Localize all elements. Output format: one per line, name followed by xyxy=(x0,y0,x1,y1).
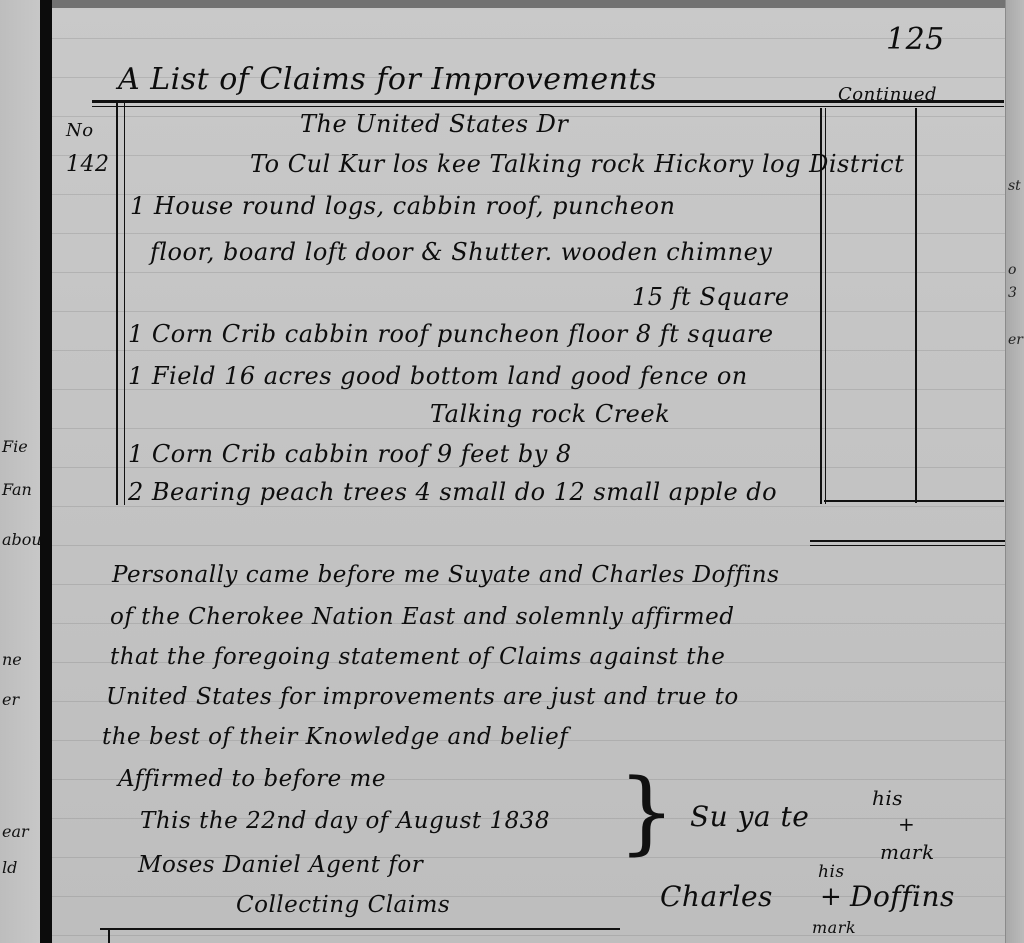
ledger-item: 1 House round logs, cabbin roof, puncheo… xyxy=(130,192,675,220)
signature-mark-label: mark xyxy=(880,840,935,864)
right-page-fragment: o xyxy=(1008,262,1016,278)
affidavit-line: Personally came before me Suyate and Cha… xyxy=(112,562,779,588)
ledger-page xyxy=(52,0,1007,943)
signature-suyate: Su ya te xyxy=(690,800,809,833)
left-page-fragment: er xyxy=(2,690,19,709)
claim-number: 142 xyxy=(66,152,110,177)
ledger-item: 1 Corn Crib cabbin roof 9 feet by 8 xyxy=(128,440,572,468)
left-page-fragment: Fan xyxy=(2,480,32,499)
attestation-line: This the 22nd day of August 1838 xyxy=(140,808,550,834)
right-page-fragment: 3 xyxy=(1008,285,1017,301)
ledger-item: 1 Field 16 acres good bottom land good f… xyxy=(128,362,748,390)
signature-doffins: Doffins xyxy=(850,880,955,913)
left-page-fragment: Fie xyxy=(2,437,28,456)
margin-number-label: No xyxy=(66,120,94,141)
mark-cross-icon: + xyxy=(820,882,842,912)
signature-his-label: his xyxy=(818,862,845,882)
page-number: 125 xyxy=(886,22,945,57)
header-rule xyxy=(92,100,1004,107)
adjacent-left-page: Fie Fan about ne er ear ld xyxy=(0,0,42,943)
table-left-border xyxy=(116,103,118,505)
page-top-shadow xyxy=(52,0,1007,8)
affidavit-line: United States for improvements are just … xyxy=(106,684,739,710)
mark-cross-icon: + xyxy=(898,812,915,836)
signature-charles: Charles xyxy=(660,880,773,913)
left-page-fragment: ear xyxy=(2,822,29,841)
section-rule xyxy=(810,540,1005,542)
table-bottom-rule xyxy=(824,500,1004,502)
right-page-fragment: st xyxy=(1008,178,1021,194)
adjacent-right-page: st o 3 er xyxy=(1005,0,1024,943)
left-page-fragment: ne xyxy=(2,650,22,669)
left-page-fragment: ld xyxy=(2,858,17,877)
ledger-heading: The United States Dr xyxy=(300,110,568,138)
attestation-line: Moses Daniel Agent for xyxy=(138,852,423,878)
page-title: A List of Claims for Improvements xyxy=(118,62,657,97)
right-page-fragment: er xyxy=(1008,332,1023,348)
signature-his-label: his xyxy=(872,786,903,810)
affidavit-line: of the Cherokee Nation East and solemnly… xyxy=(110,604,734,630)
ledger-item: 1 Corn Crib cabbin roof puncheon floor 8… xyxy=(128,320,774,348)
ledger-item: 2 Bearing peach trees 4 small do 12 smal… xyxy=(128,478,777,506)
book-binding xyxy=(40,0,52,943)
ledger-item: 15 ft Square xyxy=(632,283,790,311)
column-divider-cents xyxy=(915,108,917,503)
bottom-rule xyxy=(100,928,620,930)
ledger-item: floor, board loft door & Shutter. wooden… xyxy=(150,238,772,266)
curly-brace: } xyxy=(618,760,675,865)
attestation-line: Collecting Claims xyxy=(236,892,450,918)
attestation-line: Affirmed to before me xyxy=(118,766,386,792)
claimant-line: To Cul Kur los kee Talking rock Hickory … xyxy=(250,150,904,178)
affidavit-line: that the foregoing statement of Claims a… xyxy=(110,644,725,670)
section-rule-inner xyxy=(810,545,1005,546)
ledger-item: Talking rock Creek xyxy=(430,400,670,428)
signature-mark-label: mark xyxy=(812,918,856,937)
affidavit-line: the best of their Knowledge and belief xyxy=(102,724,568,750)
bottom-table-border xyxy=(108,928,110,943)
table-left-border-inner xyxy=(124,103,125,505)
